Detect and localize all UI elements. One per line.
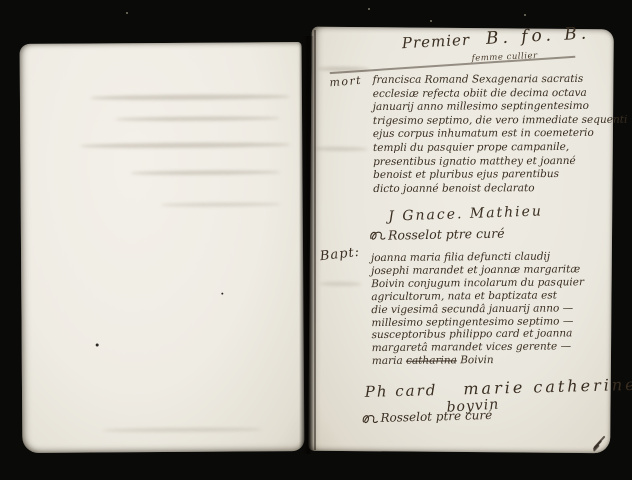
ink-bleedthrough <box>320 282 362 286</box>
line-fragment: maria <box>372 355 406 367</box>
line-fragment: Boivin <box>457 354 494 366</box>
entry-line: francisca Romand Sexagenaria sacratis <box>373 73 628 88</box>
entry-line: templi du pasquier prope campanile, <box>373 141 628 156</box>
entry-line: benoist et pluribus ejus parentibus <box>373 168 628 183</box>
scanned-register-image: PremierB. fo. B. femme cullier mort fran… <box>0 0 632 480</box>
entry-line: januarij anno millesimo septingentesimo <box>373 100 628 115</box>
baptism-entry-text: joanna maria filia defuncti claudij jose… <box>371 250 585 368</box>
signature-ignace-mathieu: J Gnace. Mathieu <box>388 203 543 224</box>
entry-line: presentibus ignatio matthey et joanné <box>373 154 628 169</box>
left-page <box>20 42 305 453</box>
page-fold-line <box>314 30 316 450</box>
signature-text: Rosselot ptre curé <box>388 226 505 243</box>
signature-rosselot-cure-2: Rosselot ptre curé <box>360 408 492 425</box>
signature-ph-card: Ph card <box>365 381 438 401</box>
ink-bleedthrough <box>313 147 368 151</box>
margin-label-bapt: Bapt: <box>319 245 361 264</box>
ink-bleedthrough <box>102 427 262 432</box>
book-gutter <box>299 36 314 454</box>
page-heading-flourish: B. fo. B. <box>485 23 590 48</box>
struck-word: catharina <box>406 355 457 367</box>
entry-line: die vigesimâ secundâ januarij anno — <box>371 302 584 317</box>
margin-label-mort: mort <box>329 74 363 90</box>
dust-speck <box>430 20 432 22</box>
entry-line: ecclesiæ refecta obiit die decima octava <box>373 86 628 101</box>
heading-underline-flourish <box>330 56 576 74</box>
dust-speck <box>524 14 526 16</box>
dust-speck <box>368 8 370 10</box>
entry-line: margaretâ marandet vices gerente — <box>372 341 585 356</box>
ink-bleedthrough <box>130 170 280 175</box>
entry-line: ejus corpus inhumatum est in coemeterio <box>373 127 628 142</box>
dust-speck <box>126 12 128 14</box>
signature-text: Rosselot ptre curé <box>380 408 492 425</box>
burial-entry-text: francisca Romand Sexagenaria sacratis ec… <box>373 73 628 197</box>
entry-line-with-strikethrough: maria catharina Boivin <box>372 353 585 368</box>
interlinear-note: femme cullier <box>471 51 537 64</box>
right-page: PremierB. fo. B. femme cullier mort fran… <box>308 27 614 454</box>
signature-rosselot-cure: Rosselot ptre curé <box>368 226 505 243</box>
page-heading: PremierB. fo. B. <box>401 23 590 53</box>
ink-speck <box>221 293 223 295</box>
entry-line: trigesimo septimo, die vero immediate se… <box>373 113 628 128</box>
ink-bleedthrough <box>161 202 281 207</box>
ink-bleedthrough <box>80 142 290 148</box>
paraph-icon <box>368 229 386 242</box>
ink-speck <box>96 343 99 346</box>
entry-line: dicto joanné benoist declarato <box>373 181 628 196</box>
page-heading-title: Premier <box>401 31 470 53</box>
ink-bleedthrough <box>90 94 290 100</box>
signature-marie-catherine: marie catherine <box>463 375 632 399</box>
ink-bleedthrough <box>115 116 280 121</box>
paraph-icon <box>360 411 378 424</box>
